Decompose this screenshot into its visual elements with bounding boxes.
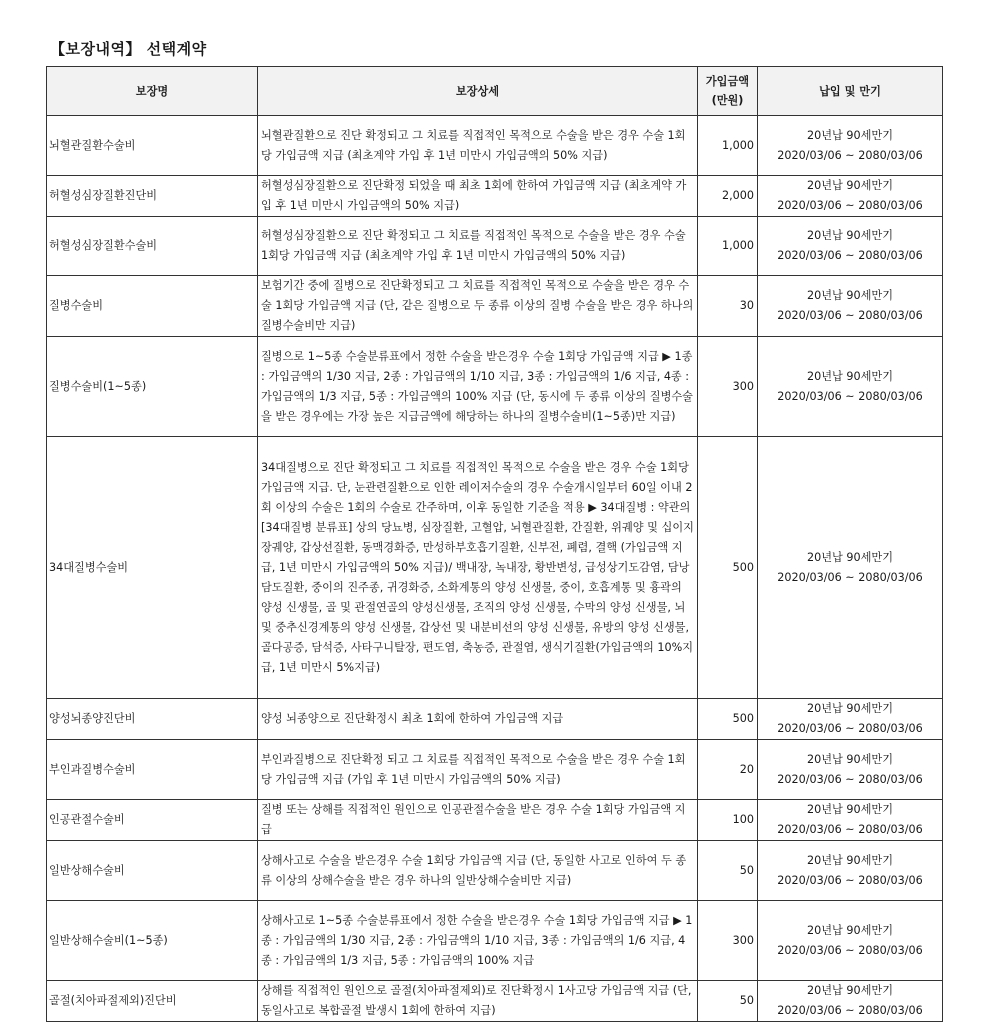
coverage-period: 2020/03/06 ~ 2080/03/06 xyxy=(760,306,940,326)
header-amount-unit: (만원) xyxy=(700,91,755,110)
insured-amount: 500 xyxy=(698,437,758,699)
insured-amount: 20 xyxy=(698,740,758,800)
coverage-name: 인공관절수술비 xyxy=(47,800,258,841)
coverage-period: 2020/03/06 ~ 2080/03/06 xyxy=(760,820,940,840)
coverage-name: 허혈성심장질환수술비 xyxy=(47,217,258,276)
table-row: 일반상해수술비 상해사고로 수술을 받은경우 수술 1회당 가입금액 지급 (단… xyxy=(47,841,943,901)
coverage-detail: 뇌혈관질환으로 진단 확정되고 그 치료를 직접적인 목적으로 수술을 받은 경… xyxy=(258,116,698,176)
coverage-name: 뇌혈관질환수술비 xyxy=(47,116,258,176)
table-row: 골절(치아파절제외)진단비 상해를 직접적인 원인으로 골절(치아파절제외)로 … xyxy=(47,981,943,1022)
payment-term: 20년납 90세만기 2020/03/06 ~ 2080/03/06 xyxy=(758,116,943,176)
coverage-name: 질병수술비 xyxy=(47,276,258,337)
coverage-period: 2020/03/06 ~ 2080/03/06 xyxy=(760,1001,940,1021)
payment-period: 20년납 90세만기 xyxy=(760,699,940,719)
table-header-row: 보장명 보장상세 가입금액 (만원) 납입 및 만기 xyxy=(47,67,943,116)
insured-amount: 30 xyxy=(698,276,758,337)
coverage-detail: 허혈성심장질환으로 진단확정 되었을 때 최초 1회에 한하여 가입금액 지급 … xyxy=(258,176,698,217)
coverage-detail: 상해를 직접적인 원인으로 골절(치아파절제외)로 진단확정시 1사고당 가입금… xyxy=(258,981,698,1022)
payment-term: 20년납 90세만기 2020/03/06 ~ 2080/03/06 xyxy=(758,699,943,740)
insured-amount: 50 xyxy=(698,841,758,901)
payment-term: 20년납 90세만기 2020/03/06 ~ 2080/03/06 xyxy=(758,981,943,1022)
payment-period: 20년납 90세만기 xyxy=(760,367,940,387)
table-row: 34대질병수술비 34대질병으로 진단 확정되고 그 치료를 직접적인 목적으로… xyxy=(47,437,943,699)
coverage-period: 2020/03/06 ~ 2080/03/06 xyxy=(760,941,940,961)
coverage-name: 34대질병수술비 xyxy=(47,437,258,699)
coverage-name: 일반상해수술비(1~5종) xyxy=(47,901,258,981)
payment-term: 20년납 90세만기 2020/03/06 ~ 2080/03/06 xyxy=(758,800,943,841)
coverage-period: 2020/03/06 ~ 2080/03/06 xyxy=(760,871,940,891)
coverage-detail: 질병 또는 상해를 직접적인 원인으로 인공관절수술을 받은 경우 수술 1회당… xyxy=(258,800,698,841)
header-payment-term: 납입 및 만기 xyxy=(758,67,943,116)
coverage-period: 2020/03/06 ~ 2080/03/06 xyxy=(760,146,940,166)
table-row: 일반상해수술비(1~5종) 상해사고로 1~5종 수술분류표에서 정한 수술을 … xyxy=(47,901,943,981)
insured-amount: 100 xyxy=(698,800,758,841)
payment-period: 20년납 90세만기 xyxy=(760,226,940,246)
coverage-detail: 부인과질병으로 진단확정 되고 그 치료를 직접적인 목적으로 수술을 받은 경… xyxy=(258,740,698,800)
payment-period: 20년납 90세만기 xyxy=(760,750,940,770)
coverage-period: 2020/03/06 ~ 2080/03/06 xyxy=(760,387,940,407)
table-row: 인공관절수술비 질병 또는 상해를 직접적인 원인으로 인공관절수술을 받은 경… xyxy=(47,800,943,841)
coverage-period: 2020/03/06 ~ 2080/03/06 xyxy=(760,196,940,216)
payment-term: 20년납 90세만기 2020/03/06 ~ 2080/03/06 xyxy=(758,841,943,901)
table-row: 허혈성심장질환진단비 허혈성심장질환으로 진단확정 되었을 때 최초 1회에 한… xyxy=(47,176,943,217)
table-row: 질병수술비 보험기간 중에 질병으로 진단확정되고 그 치료를 직접적인 목적으… xyxy=(47,276,943,337)
coverage-detail: 질병으로 1~5종 수술분류표에서 정한 수술을 받은경우 수술 1회당 가입금… xyxy=(258,337,698,437)
payment-term: 20년납 90세만기 2020/03/06 ~ 2080/03/06 xyxy=(758,901,943,981)
insured-amount: 500 xyxy=(698,699,758,740)
payment-term: 20년납 90세만기 2020/03/06 ~ 2080/03/06 xyxy=(758,437,943,699)
payment-period: 20년납 90세만기 xyxy=(760,286,940,306)
payment-period: 20년납 90세만기 xyxy=(760,800,940,820)
insured-amount: 1,000 xyxy=(698,116,758,176)
coverage-detail: 상해사고로 수술을 받은경우 수술 1회당 가입금액 지급 (단, 동일한 사고… xyxy=(258,841,698,901)
coverage-period: 2020/03/06 ~ 2080/03/06 xyxy=(760,719,940,739)
payment-period: 20년납 90세만기 xyxy=(760,548,940,568)
coverage-detail: 허혈성심장질환으로 진단 확정되고 그 치료를 직접적인 목적으로 수술을 받은… xyxy=(258,217,698,276)
table-row: 부인과질병수술비 부인과질병으로 진단확정 되고 그 치료를 직접적인 목적으로… xyxy=(47,740,943,800)
insured-amount: 300 xyxy=(698,337,758,437)
section-title: 【보장내역】 선택계약 xyxy=(50,38,207,59)
coverage-detail: 보험기간 중에 질병으로 진단확정되고 그 치료를 직접적인 목적으로 수술을 … xyxy=(258,276,698,337)
payment-term: 20년납 90세만기 2020/03/06 ~ 2080/03/06 xyxy=(758,337,943,437)
table-row: 질병수술비(1~5종) 질병으로 1~5종 수술분류표에서 정한 수술을 받은경… xyxy=(47,337,943,437)
coverage-detail: 양성 뇌종양으로 진단확정시 최초 1회에 한하여 가입금액 지급 xyxy=(258,699,698,740)
table-row: 뇌혈관질환수술비 뇌혈관질환으로 진단 확정되고 그 치료를 직접적인 목적으로… xyxy=(47,116,943,176)
header-amount-label: 가입금액 xyxy=(700,72,755,91)
header-coverage-name: 보장명 xyxy=(47,67,258,116)
coverage-detail: 상해사고로 1~5종 수술분류표에서 정한 수술을 받은경우 수술 1회당 가입… xyxy=(258,901,698,981)
insured-amount: 50 xyxy=(698,981,758,1022)
coverage-name: 부인과질병수술비 xyxy=(47,740,258,800)
coverage-name: 허혈성심장질환진단비 xyxy=(47,176,258,217)
coverage-table: 보장명 보장상세 가입금액 (만원) 납입 및 만기 뇌혈관질환수술비 뇌혈관질… xyxy=(46,66,943,1022)
coverage-period: 2020/03/06 ~ 2080/03/06 xyxy=(760,568,940,588)
payment-period: 20년납 90세만기 xyxy=(760,851,940,871)
payment-term: 20년납 90세만기 2020/03/06 ~ 2080/03/06 xyxy=(758,217,943,276)
coverage-name: 골절(치아파절제외)진단비 xyxy=(47,981,258,1022)
insured-amount: 2,000 xyxy=(698,176,758,217)
coverage-name: 질병수술비(1~5종) xyxy=(47,337,258,437)
payment-period: 20년납 90세만기 xyxy=(760,126,940,146)
table-row: 허혈성심장질환수술비 허혈성심장질환으로 진단 확정되고 그 치료를 직접적인 … xyxy=(47,217,943,276)
payment-period: 20년납 90세만기 xyxy=(760,981,940,1001)
payment-term: 20년납 90세만기 2020/03/06 ~ 2080/03/06 xyxy=(758,740,943,800)
insured-amount: 1,000 xyxy=(698,217,758,276)
coverage-detail: 34대질병으로 진단 확정되고 그 치료를 직접적인 목적으로 수술을 받은 경… xyxy=(258,437,698,699)
payment-term: 20년납 90세만기 2020/03/06 ~ 2080/03/06 xyxy=(758,276,943,337)
coverage-period: 2020/03/06 ~ 2080/03/06 xyxy=(760,770,940,790)
coverage-name: 일반상해수술비 xyxy=(47,841,258,901)
table-row: 양성뇌종양진단비 양성 뇌종양으로 진단확정시 최초 1회에 한하여 가입금액 … xyxy=(47,699,943,740)
payment-period: 20년납 90세만기 xyxy=(760,921,940,941)
coverage-name: 양성뇌종양진단비 xyxy=(47,699,258,740)
coverage-period: 2020/03/06 ~ 2080/03/06 xyxy=(760,246,940,266)
payment-period: 20년납 90세만기 xyxy=(760,176,940,196)
header-insured-amount: 가입금액 (만원) xyxy=(698,67,758,116)
header-coverage-detail: 보장상세 xyxy=(258,67,698,116)
insured-amount: 300 xyxy=(698,901,758,981)
payment-term: 20년납 90세만기 2020/03/06 ~ 2080/03/06 xyxy=(758,176,943,217)
